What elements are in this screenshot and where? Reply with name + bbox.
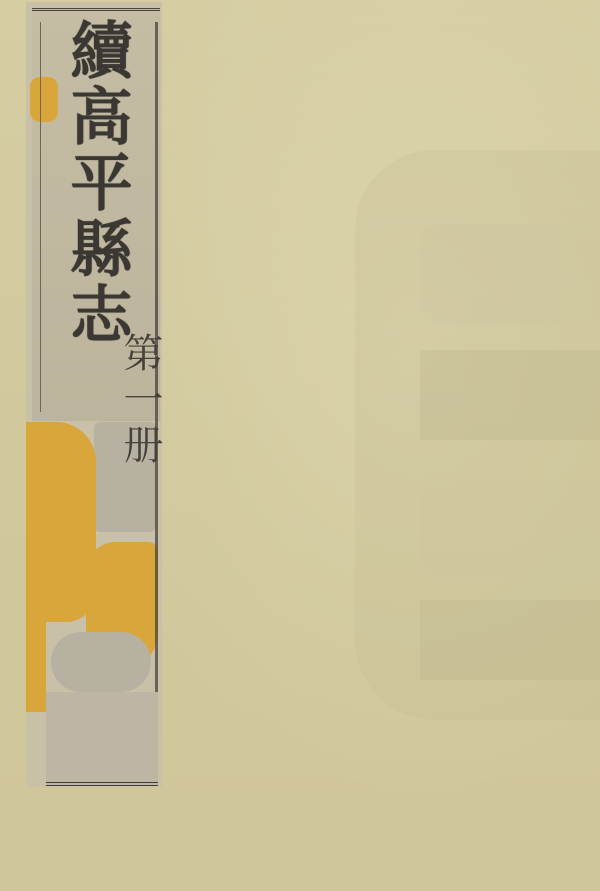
- seal-watermark-band: [420, 350, 600, 440]
- book-cover: 續高平縣志 第一册: [0, 0, 600, 891]
- seal-watermark-band: [420, 225, 600, 325]
- book-title: 續高平縣志: [58, 18, 134, 348]
- volume-number: 第一册: [118, 332, 162, 470]
- frame-line-left: [40, 22, 41, 412]
- slip-fragment: [51, 632, 151, 692]
- exposed-backing: [26, 622, 46, 712]
- seal-watermark-band: [420, 480, 600, 580]
- title-slip: 續高平縣志 第一册: [26, 2, 162, 787]
- seal-watermark-band: [420, 600, 600, 680]
- slip-bottom-frame: [46, 692, 158, 786]
- exposed-backing: [30, 77, 58, 122]
